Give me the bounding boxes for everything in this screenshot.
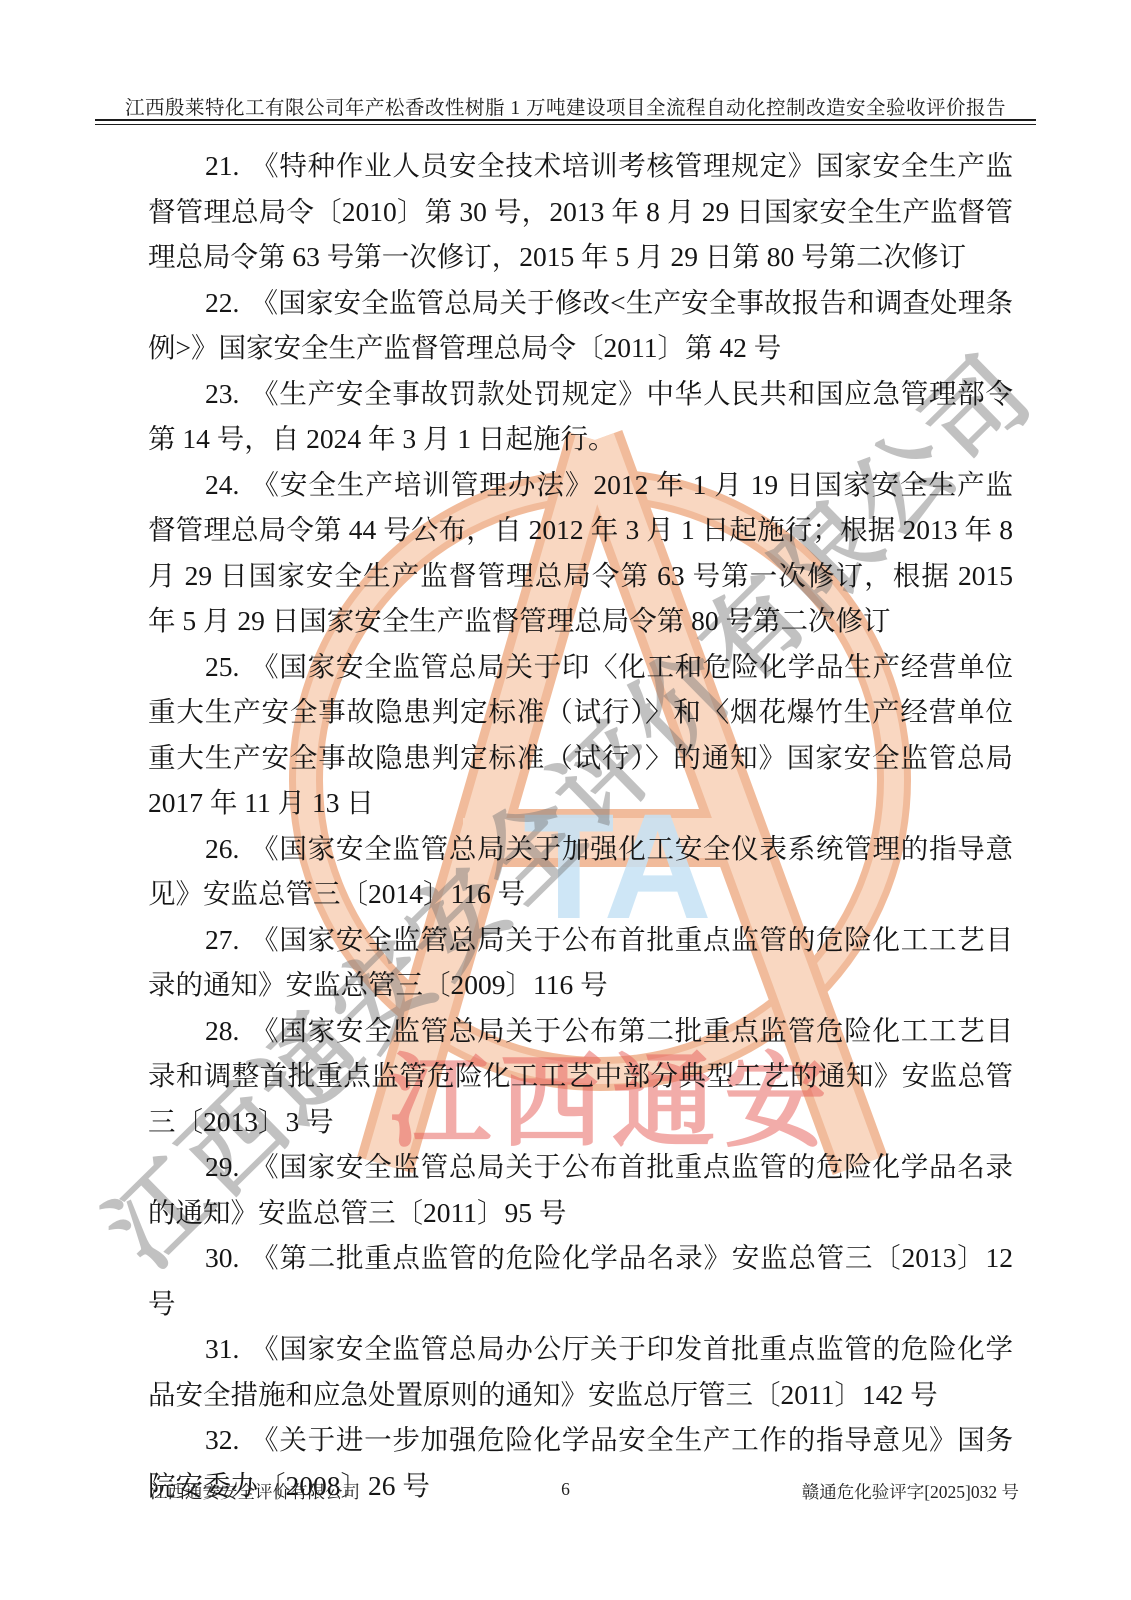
footer-company: 江西通安安全评价有限公司 [150, 1479, 360, 1504]
item-text: 《国家安全监管总局关于加强化工安全仪表系统管理的指导意见》安监总管三〔2014〕… [148, 833, 1013, 910]
list-item: 21.《特种作业人员安全技术培训考核管理规定》国家安全生产监督管理总局令〔201… [148, 143, 1013, 280]
item-text: 《国家安全监管总局关于修改<生产安全事故报告和调查处理条例>》国家安全生产监督管… [148, 287, 1013, 364]
list-item: 22.《国家安全监管总局关于修改<生产安全事故报告和调查处理条例>》国家安全生产… [148, 280, 1013, 371]
list-item: 26.《国家安全监管总局关于加强化工安全仪表系统管理的指导意见》安监总管三〔20… [148, 826, 1013, 917]
footer-doc-number: 赣通危化验评字[2025]032 号 [802, 1479, 1019, 1504]
list-item: 31.《国家安全监管总局办公厅关于印发首批重点监管的危险化学品安全措施和应急处置… [148, 1326, 1013, 1417]
item-text: 《生产安全事故罚款处罚规定》中华人民共和国应急管理部令第 14 号，自 2024… [148, 378, 1013, 455]
item-number: 32. [205, 1424, 250, 1455]
list-item: 24.《安全生产培训管理办法》2012 年 1 月 19 日国家安全生产监督管理… [148, 462, 1013, 644]
item-number: 21. [205, 150, 250, 181]
list-item: 28.《国家安全监管总局关于公布第二批重点监管危险化工工艺目录和调整首批重点监管… [148, 1008, 1013, 1145]
item-text: 《第二批重点监管的危险化学品名录》安监总管三〔2013〕12 号 [148, 1242, 1013, 1319]
item-text: 《国家安全监管总局关于公布第二批重点监管危险化工工艺目录和调整首批重点监管危险化… [148, 1015, 1013, 1137]
regulation-list: 21.《特种作业人员安全技术培训考核管理规定》国家安全生产监督管理总局令〔201… [148, 143, 1013, 1508]
content-layer: 江西殷莱特化工有限公司年产松香改性树脂 1 万吨建设项目全流程自动化控制改造安全… [0, 0, 1131, 1600]
item-number: 31. [205, 1333, 250, 1364]
list-item: 30.《第二批重点监管的危险化学品名录》安监总管三〔2013〕12 号 [148, 1235, 1013, 1326]
item-text: 《安全生产培训管理办法》2012 年 1 月 19 日国家安全生产监督管理总局令… [148, 469, 1013, 637]
item-text: 《国家安全监管总局办公厅关于印发首批重点监管的危险化学品安全措施和应急处置原则的… [148, 1333, 1013, 1410]
list-item: 29.《国家安全监管总局关于公布首批重点监管的危险化学品名录的通知》安监总管三〔… [148, 1144, 1013, 1235]
page-header-title: 江西殷莱特化工有限公司年产松香改性树脂 1 万吨建设项目全流程自动化控制改造安全… [95, 92, 1036, 120]
list-item: 25.《国家安全监管总局关于印〈化工和危险化学品生产经营单位重大生产安全事故隐患… [148, 644, 1013, 826]
page-footer: 江西通安安全评价有限公司 6 赣通危化验评字[2025]032 号 [0, 1479, 1131, 1505]
item-number: 24. [205, 469, 250, 500]
item-number: 27. [205, 924, 250, 955]
item-number: 23. [205, 378, 250, 409]
document-page: TA 江西通安安全评价有限公司 江西通安 江西殷莱特化工有限公司年产松香改性树脂… [0, 0, 1131, 1600]
item-text: 《国家安全监管总局关于公布首批重点监管的危险化工工艺目录的通知》安监总管三〔20… [148, 924, 1013, 1001]
footer-page-number: 6 [561, 1479, 570, 1499]
item-text: 《特种作业人员安全技术培训考核管理规定》国家安全生产监督管理总局令〔2010〕第… [148, 150, 1013, 272]
list-item: 23.《生产安全事故罚款处罚规定》中华人民共和国应急管理部令第 14 号，自 2… [148, 371, 1013, 462]
item-text: 《国家安全监管总局关于公布首批重点监管的危险化学品名录的通知》安监总管三〔201… [148, 1151, 1013, 1228]
item-number: 22. [205, 287, 250, 318]
item-text: 《国家安全监管总局关于印〈化工和危险化学品生产经营单位重大生产安全事故隐患判定标… [148, 651, 1013, 819]
list-item: 27.《国家安全监管总局关于公布首批重点监管的危险化工工艺目录的通知》安监总管三… [148, 917, 1013, 1008]
item-number: 25. [205, 651, 250, 682]
item-number: 30. [205, 1242, 250, 1273]
item-number: 29. [205, 1151, 250, 1182]
item-number: 28. [205, 1015, 250, 1046]
item-number: 26. [205, 833, 250, 864]
header-divider [95, 119, 1036, 125]
